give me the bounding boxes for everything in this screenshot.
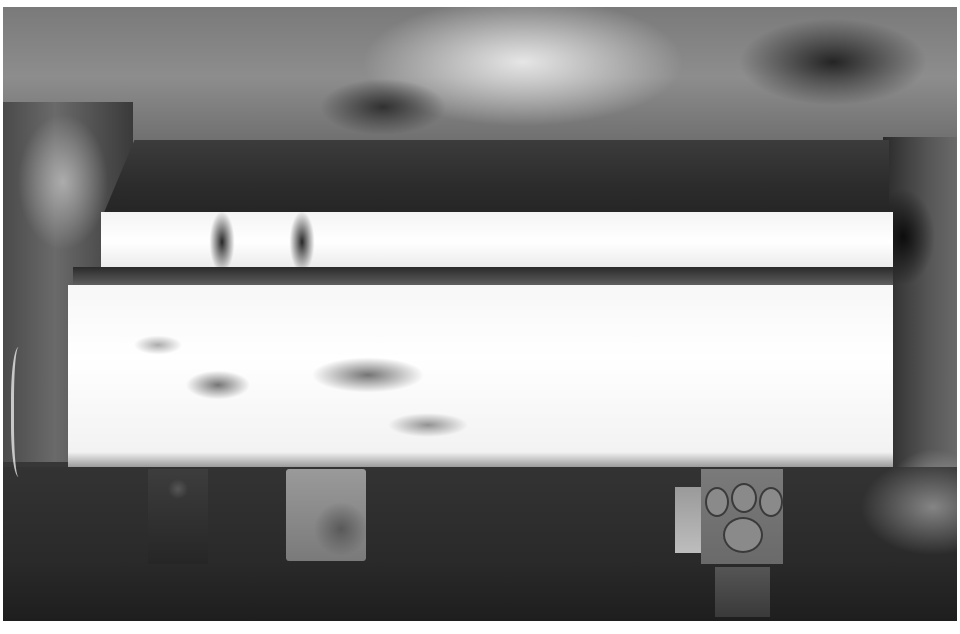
carved-roundel	[731, 483, 757, 513]
carved-roundel	[723, 517, 763, 553]
lid-stain	[288, 212, 316, 272]
middle-stone-block	[286, 469, 366, 561]
left-carved-capital	[148, 469, 208, 564]
sarcophagus-chest	[68, 285, 893, 467]
lower-wall	[3, 467, 957, 621]
right-carved-capital	[701, 469, 783, 564]
carved-roundel	[759, 487, 783, 517]
chest-bottom-edge	[68, 452, 893, 468]
right-dark-recess	[883, 137, 957, 467]
lid-stain	[208, 212, 236, 272]
carved-roundel	[705, 487, 729, 517]
right-column-base	[715, 567, 770, 617]
upper-wall	[3, 7, 957, 147]
print-scratch	[11, 347, 30, 477]
photograph	[3, 7, 957, 621]
sarcophagus-lid-top	[103, 140, 889, 215]
